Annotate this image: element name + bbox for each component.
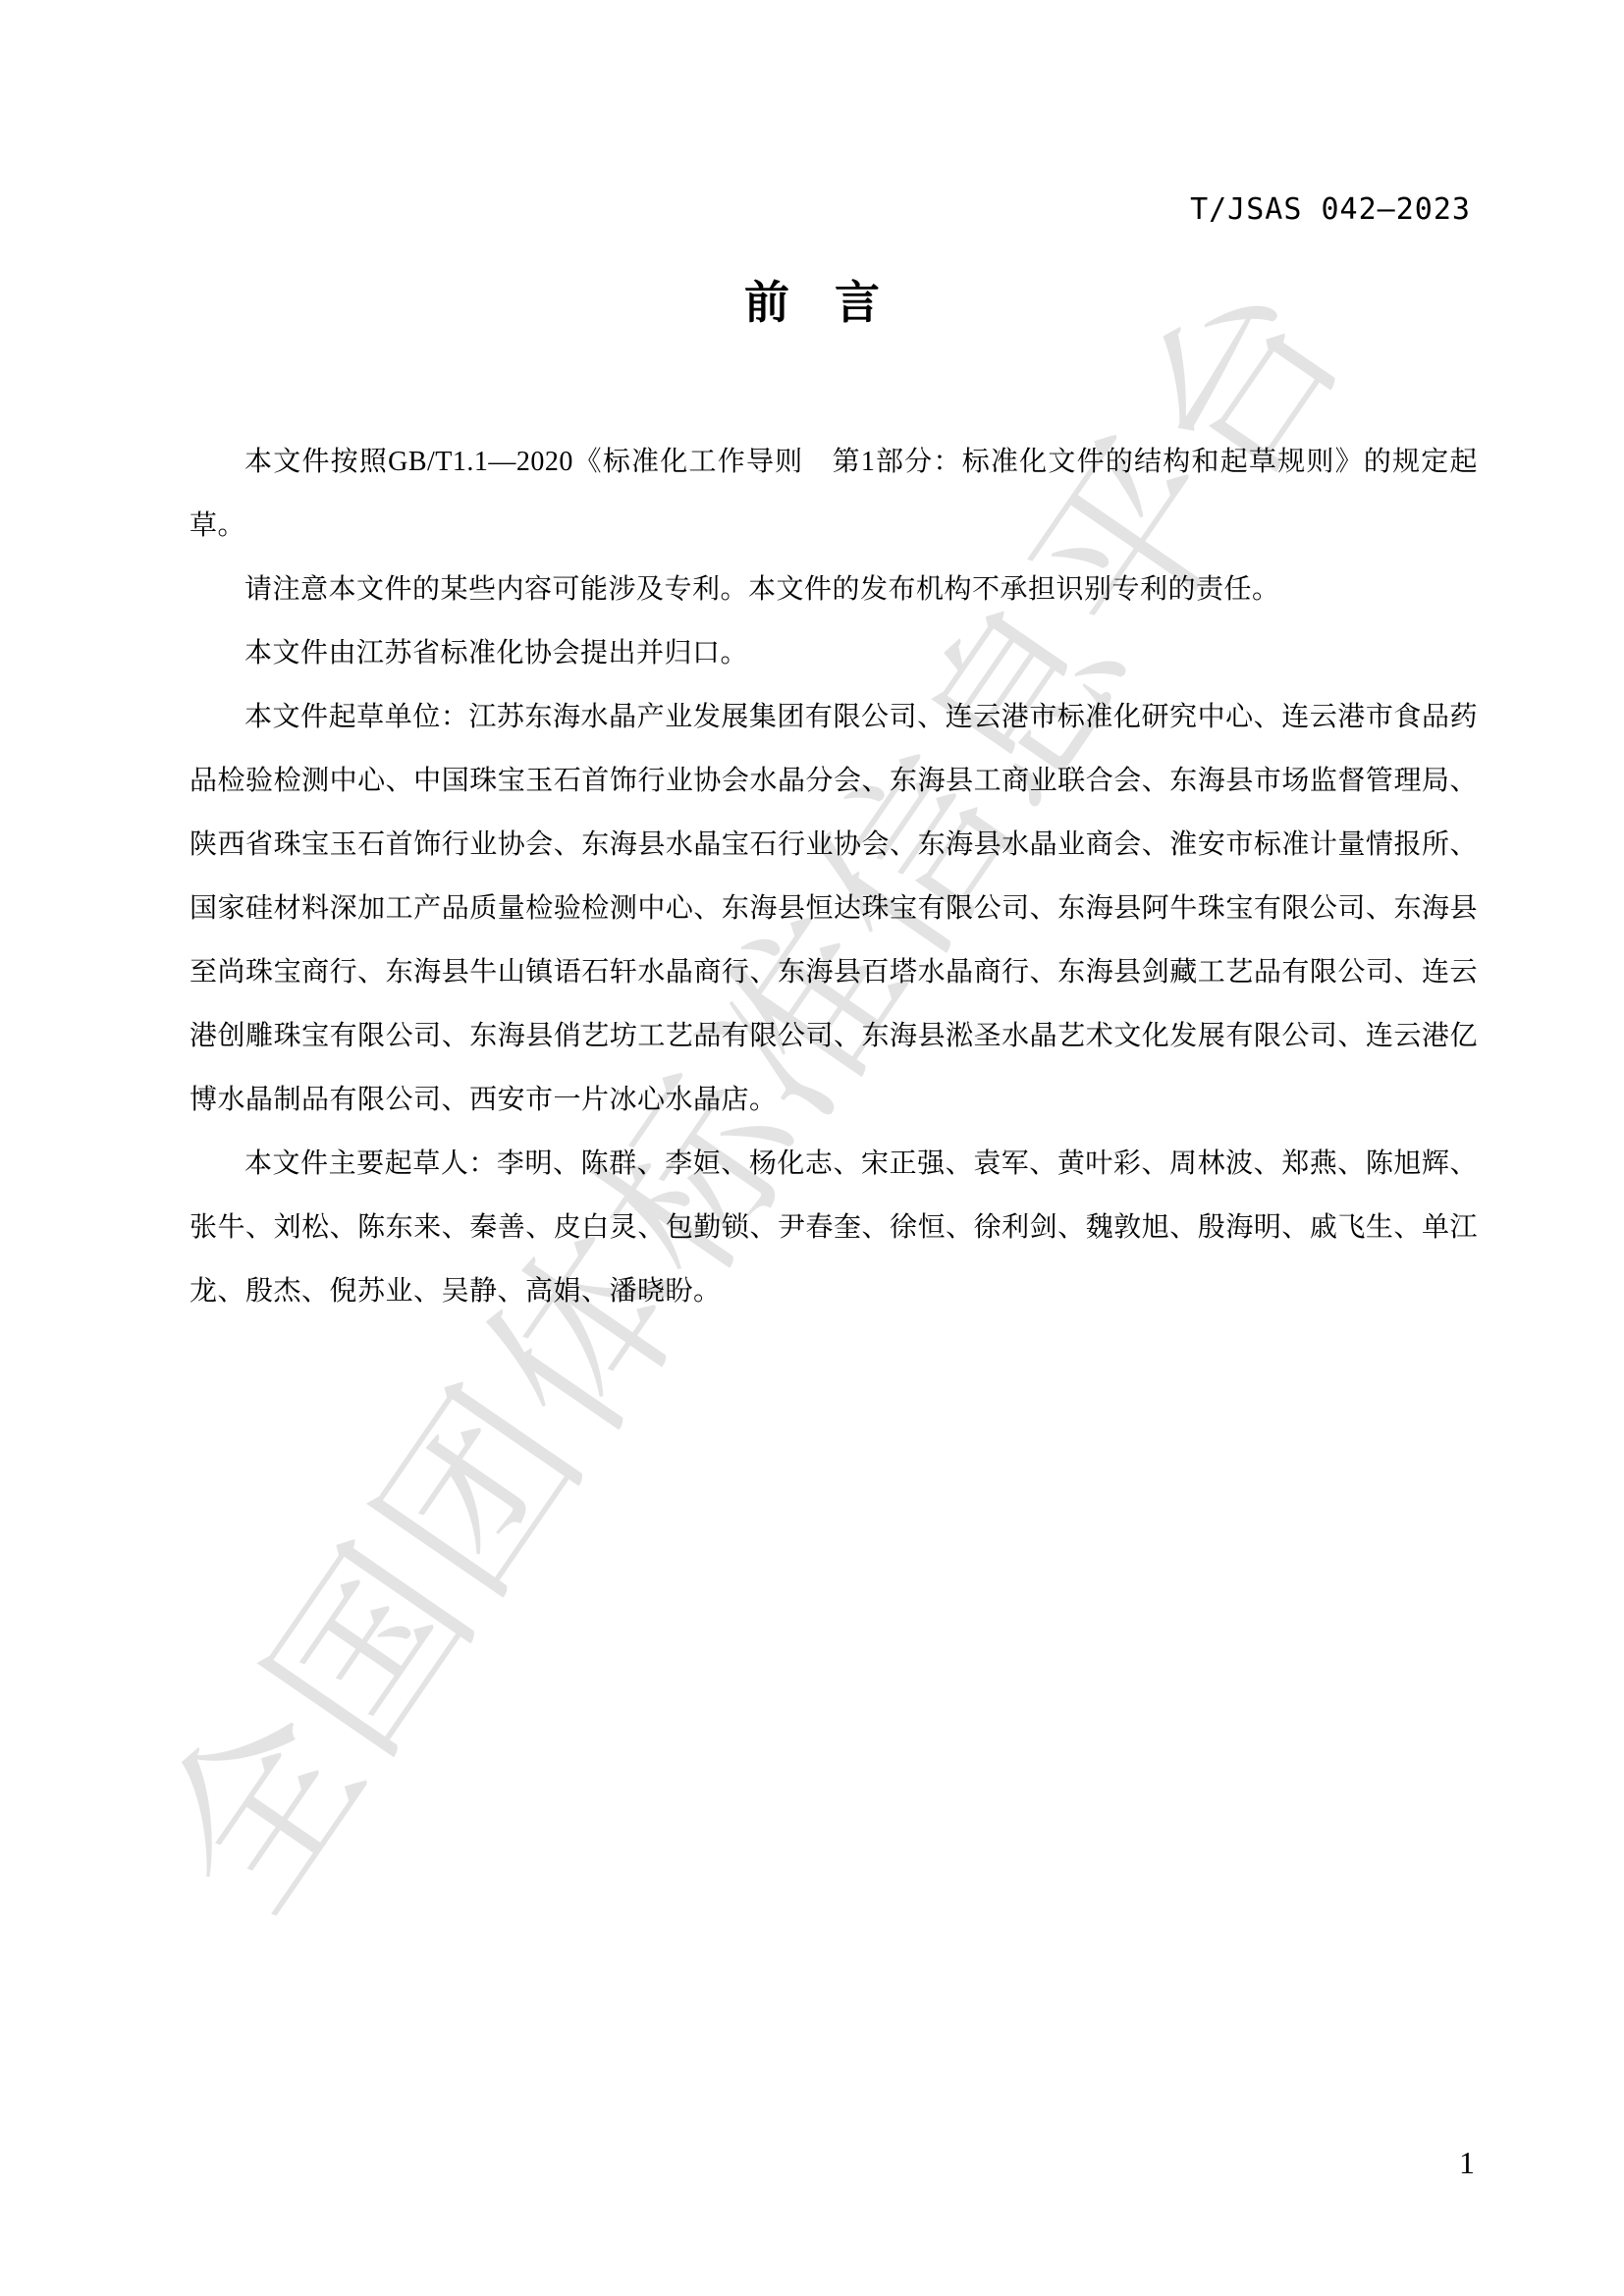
foreword-paragraph-drafting-rules: 本文件按照GB/T1.1—2020《标准化工作导则 第1部分：标准化文件的结构和… [189, 430, 1478, 558]
foreword-paragraph-drafters: 本文件主要起草人：李明、陈群、李姮、杨化志、宋正强、袁军、黄叶彩、周林波、郑燕、… [189, 1132, 1478, 1323]
foreword-body: 本文件按照GB/T1.1—2020《标准化工作导则 第1部分：标准化文件的结构和… [189, 430, 1478, 1323]
standard-document-page: 全国团体标准信息平台 T/JSAS 042—2023 前 言 本文件按照GB/T… [0, 0, 1624, 2296]
foreword-paragraph-drafting-units: 本文件起草单位：江苏东海水晶产业发展集团有限公司、连云港市标准化研究中心、连云港… [189, 685, 1478, 1132]
foreword-paragraph-patent-notice: 请注意本文件的某些内容可能涉及专利。本文件的发布机构不承担识别专利的责任。 [189, 558, 1478, 621]
page-title: 前 言 [0, 267, 1624, 332]
document-code: T/JSAS 042—2023 [1190, 192, 1471, 227]
page-number: 1 [1459, 2145, 1475, 2181]
foreword-paragraph-proposer: 本文件由江苏省标准化协会提出并归口。 [189, 621, 1478, 685]
